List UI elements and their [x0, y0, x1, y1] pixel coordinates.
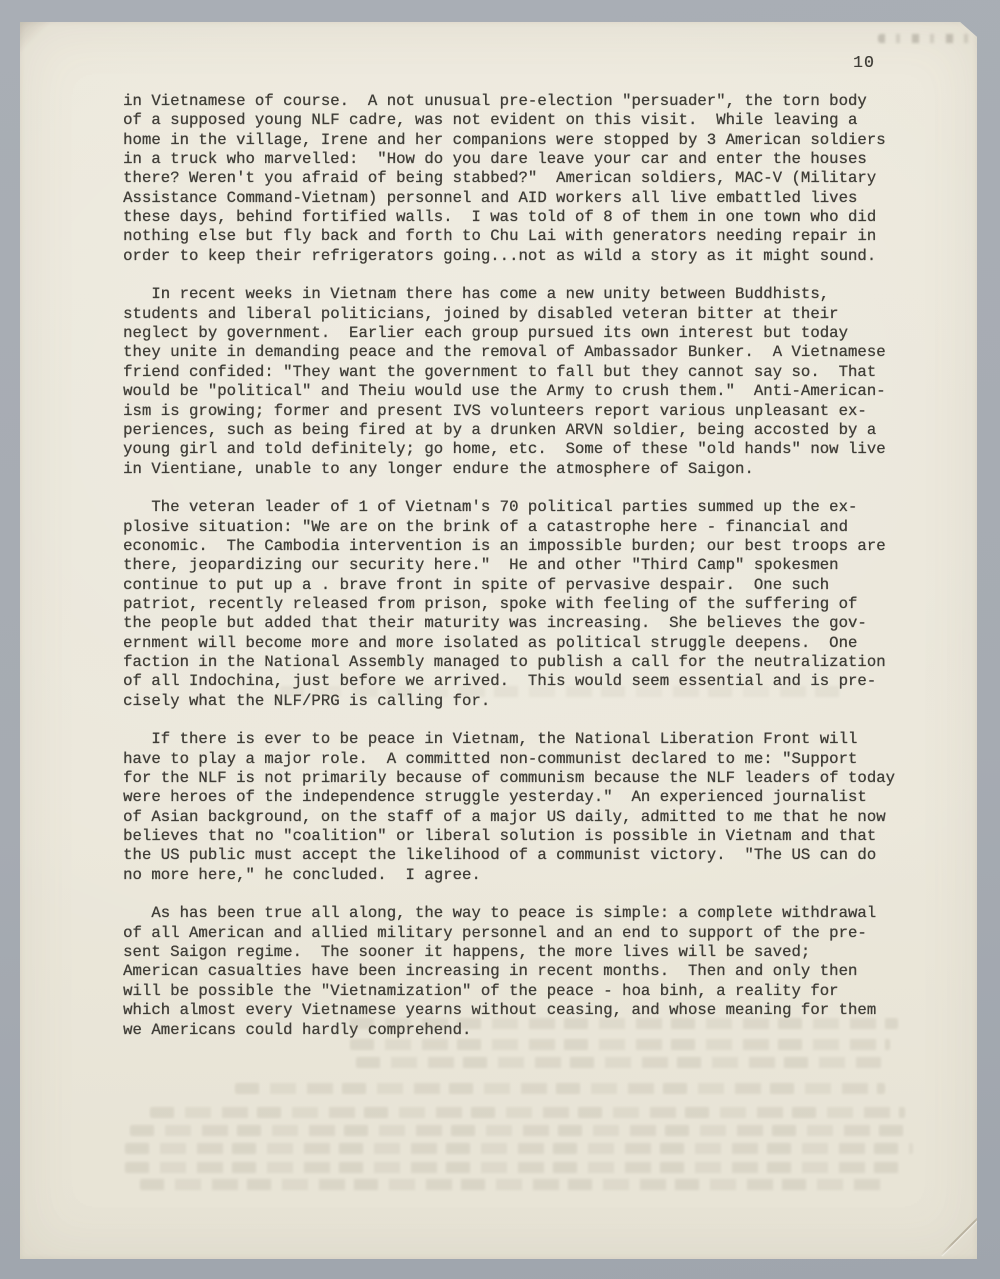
- text-line: the people but added that their maturity…: [123, 614, 923, 633]
- text-line: in Vietnamese of course. A not unusual p…: [123, 92, 923, 111]
- bleed-through-line: [280, 686, 840, 697]
- text-line: students and liberal politicians, joined…: [123, 305, 923, 324]
- text-line: young girl and told definitely; go home,…: [123, 440, 923, 459]
- text-line: ism is growing; former and present IVS v…: [123, 402, 923, 421]
- text-line: no more here," he concluded. I agree.: [123, 866, 923, 885]
- text-line: continue to put up a . brave front in sp…: [123, 576, 923, 595]
- text-line: order to keep their refrigerators going.…: [123, 247, 923, 266]
- text-line: there, jeopardizing our security here." …: [123, 556, 923, 575]
- text-line: of all American and allied military pers…: [123, 924, 923, 943]
- text-line: there? Weren't you afraid of being stabb…: [123, 169, 923, 188]
- text-line: economic. The Cambodia intervention is a…: [123, 537, 923, 556]
- text-line: would be "political" and Theiu would use…: [123, 382, 923, 401]
- text-line: these days, behind fortified walls. I wa…: [123, 208, 923, 227]
- text-line: neglect by government. Earlier each grou…: [123, 324, 923, 343]
- text-line: of Asian background, on the staff of a m…: [123, 808, 923, 827]
- typewritten-text: in Vietnamese of course. A not unusual p…: [123, 92, 923, 1040]
- paragraph: If there is ever to be peace in Vietnam,…: [123, 730, 923, 885]
- bleed-through-line: [125, 1143, 913, 1154]
- text-line: they unite in demanding peace and the re…: [123, 343, 923, 362]
- text-line: If there is ever to be peace in Vietnam,…: [123, 730, 923, 749]
- bleed-through-line: [125, 1162, 900, 1173]
- text-line: faction in the National Assembly managed…: [123, 653, 923, 672]
- text-line: sent Saigon regime. The sooner it happen…: [123, 943, 923, 962]
- text-line: in Vientiane, unable to any longer endur…: [123, 460, 923, 479]
- page-number: 10: [853, 53, 875, 72]
- text-line: will be possible the "Vietnamization" of…: [123, 982, 923, 1001]
- text-line: Assistance Command-Vietnam) personnel an…: [123, 189, 923, 208]
- text-line: the US public must accept the likelihood…: [123, 846, 923, 865]
- text-line: were heroes of the independence struggle…: [123, 788, 923, 807]
- paragraph: In recent weeks in Vietnam there has com…: [123, 285, 923, 478]
- scan-background: 10 in Vietnamese of course. A not unusua…: [0, 0, 1000, 1279]
- text-line: have to play a major role. A committed n…: [123, 750, 923, 769]
- text-line: American casualties have been increasing…: [123, 962, 923, 981]
- bleed-through-line: [350, 1039, 890, 1050]
- text-line: patriot, recently released from prison, …: [123, 595, 923, 614]
- text-line: for the NLF is not primarily because of …: [123, 769, 923, 788]
- bleed-through-line: [356, 1057, 881, 1068]
- text-line: In recent weeks in Vietnam there has com…: [123, 285, 923, 304]
- text-line: of a supposed young NLF cadre, was not e…: [123, 111, 923, 130]
- bleed-through-line: [235, 1083, 885, 1094]
- text-line: nothing else but fly back and forth to C…: [123, 227, 923, 246]
- text-line: plosive situation: "We are on the brink …: [123, 518, 923, 537]
- paragraph: The veteran leader of 1 of Vietnam's 70 …: [123, 498, 923, 711]
- paragraph: in Vietnamese of course. A not unusual p…: [123, 92, 923, 266]
- corner-crease: [940, 1210, 985, 1255]
- text-line: in a truck who marvelled: "How do you da…: [123, 150, 923, 169]
- bleed-through-line: [140, 1179, 882, 1190]
- text-line: ernment will become more and more isolat…: [123, 634, 923, 653]
- text-line: home in the village, Irene and her compa…: [123, 131, 923, 150]
- pencil-smudge: [878, 34, 970, 43]
- bleed-through-line: [130, 1125, 910, 1136]
- document-page: 10 in Vietnamese of course. A not unusua…: [20, 22, 977, 1259]
- text-line: believes that no "coalition" or liberal …: [123, 827, 923, 846]
- corner-fold: [20, 22, 50, 52]
- text-line: periences, such as being fired at by a d…: [123, 421, 923, 440]
- text-line: The veteran leader of 1 of Vietnam's 70 …: [123, 498, 923, 517]
- bleed-through-line: [350, 1018, 898, 1029]
- bleed-through-line: [150, 1107, 905, 1118]
- text-line: friend confided: "They want the governme…: [123, 363, 923, 382]
- text-line: As has been true all along, the way to p…: [123, 904, 923, 923]
